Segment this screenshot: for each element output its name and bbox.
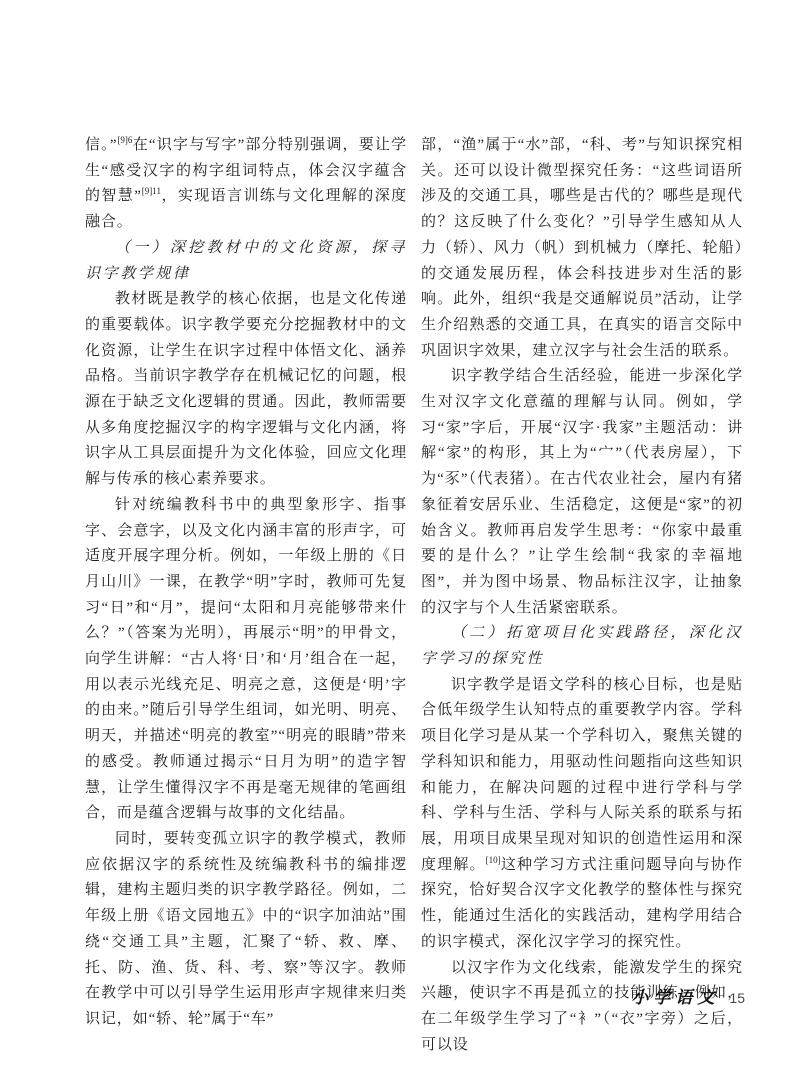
paragraph: 部，“渔”属于“水”部，“科、考”与知识探究相关。还可以设计微型探究任务：“这些… — [421, 133, 743, 364]
text-run: 教材既是教学的核心依据，也是文化传递的重要载体。识字教学要充分挖掘教材中的文化资… — [85, 291, 407, 487]
section-heading: （一）深挖教材中的文化资源，探寻识字教学规律 — [85, 236, 407, 287]
left-column: 信。”[9]6在“识字与写字”部分特别强调，要让学生“感受汉字的构字组词特点，体… — [85, 133, 407, 1058]
right-column: 部，“渔”属于“水”部，“科、考”与知识探究相关。还可以设计微型探究任务：“这些… — [421, 133, 743, 1058]
citation-marker: [9]6 — [117, 135, 132, 145]
text-run: 识字教学是语文学科的核心目标，也是贴合低年级学生认知特点的重要教学内容。学科项目… — [421, 677, 743, 873]
text-run: 识字教学结合生活经验，能进一步深化学生对汉字文化意蕴的理解与认同。例如，学习“家… — [421, 368, 743, 615]
journal-name: 小学语文 — [631, 983, 719, 1008]
text-run: 针对统编教科书中的典型象形字、指事字、会意字，以及文化内涵丰富的形声字，可适度开… — [85, 497, 407, 821]
paragraph: 同时，要转变孤立识字的教学模式，教师应依据汉字的系统性及统编教科书的编排逻辑，建… — [85, 827, 407, 1033]
paragraph: 识字教学是语文学科的核心目标，也是贴合低年级学生认知特点的重要教学内容。学科项目… — [421, 673, 743, 956]
citation-marker: [9]11 — [142, 186, 161, 196]
text-run: 部，“渔”属于“水”部，“科、考”与知识探究相关。还可以设计微型探究任务：“这些… — [421, 137, 743, 359]
text-run: （一）深挖教材中的文化资源，探寻识字教学规律 — [85, 240, 407, 282]
text-run: 同时，要转变孤立识字的教学模式，教师应依据汉字的系统性及统编教科书的编排逻辑，建… — [85, 831, 407, 1027]
text-run: （二）拓宽项目化实践路径，深化汉字学习的探究性 — [421, 625, 743, 667]
paragraph: 信。”[9]6在“识字与写字”部分特别强调，要让学生“感受汉字的构字组词特点，体… — [85, 133, 407, 236]
journal-page: 信。”[9]6在“识字与写字”部分特别强调，要让学生“感受汉字的构字组词特点，体… — [0, 0, 800, 1077]
page-number: 15 — [729, 990, 745, 1006]
section-heading: （二）拓宽项目化实践路径，深化汉字学习的探究性 — [421, 621, 743, 672]
paragraph: 识字教学结合生活经验，能进一步深化学生对汉字文化意蕴的理解与认同。例如，学习“家… — [421, 364, 743, 621]
text-run: 信。” — [85, 137, 117, 153]
paragraph: 针对统编教科书中的典型象形字、指事字、会意字，以及文化内涵丰富的形声字，可适度开… — [85, 493, 407, 827]
paragraph: 教材既是教学的核心依据，也是文化传递的重要载体。识字教学要充分挖掘教材中的文化资… — [85, 287, 407, 493]
citation-marker: [10] — [486, 855, 501, 865]
article-body: 信。”[9]6在“识字与写字”部分特别强调，要让学生“感受汉字的构字组词特点，体… — [85, 133, 743, 1058]
page-footer: 小学语文 15 — [631, 983, 745, 1008]
